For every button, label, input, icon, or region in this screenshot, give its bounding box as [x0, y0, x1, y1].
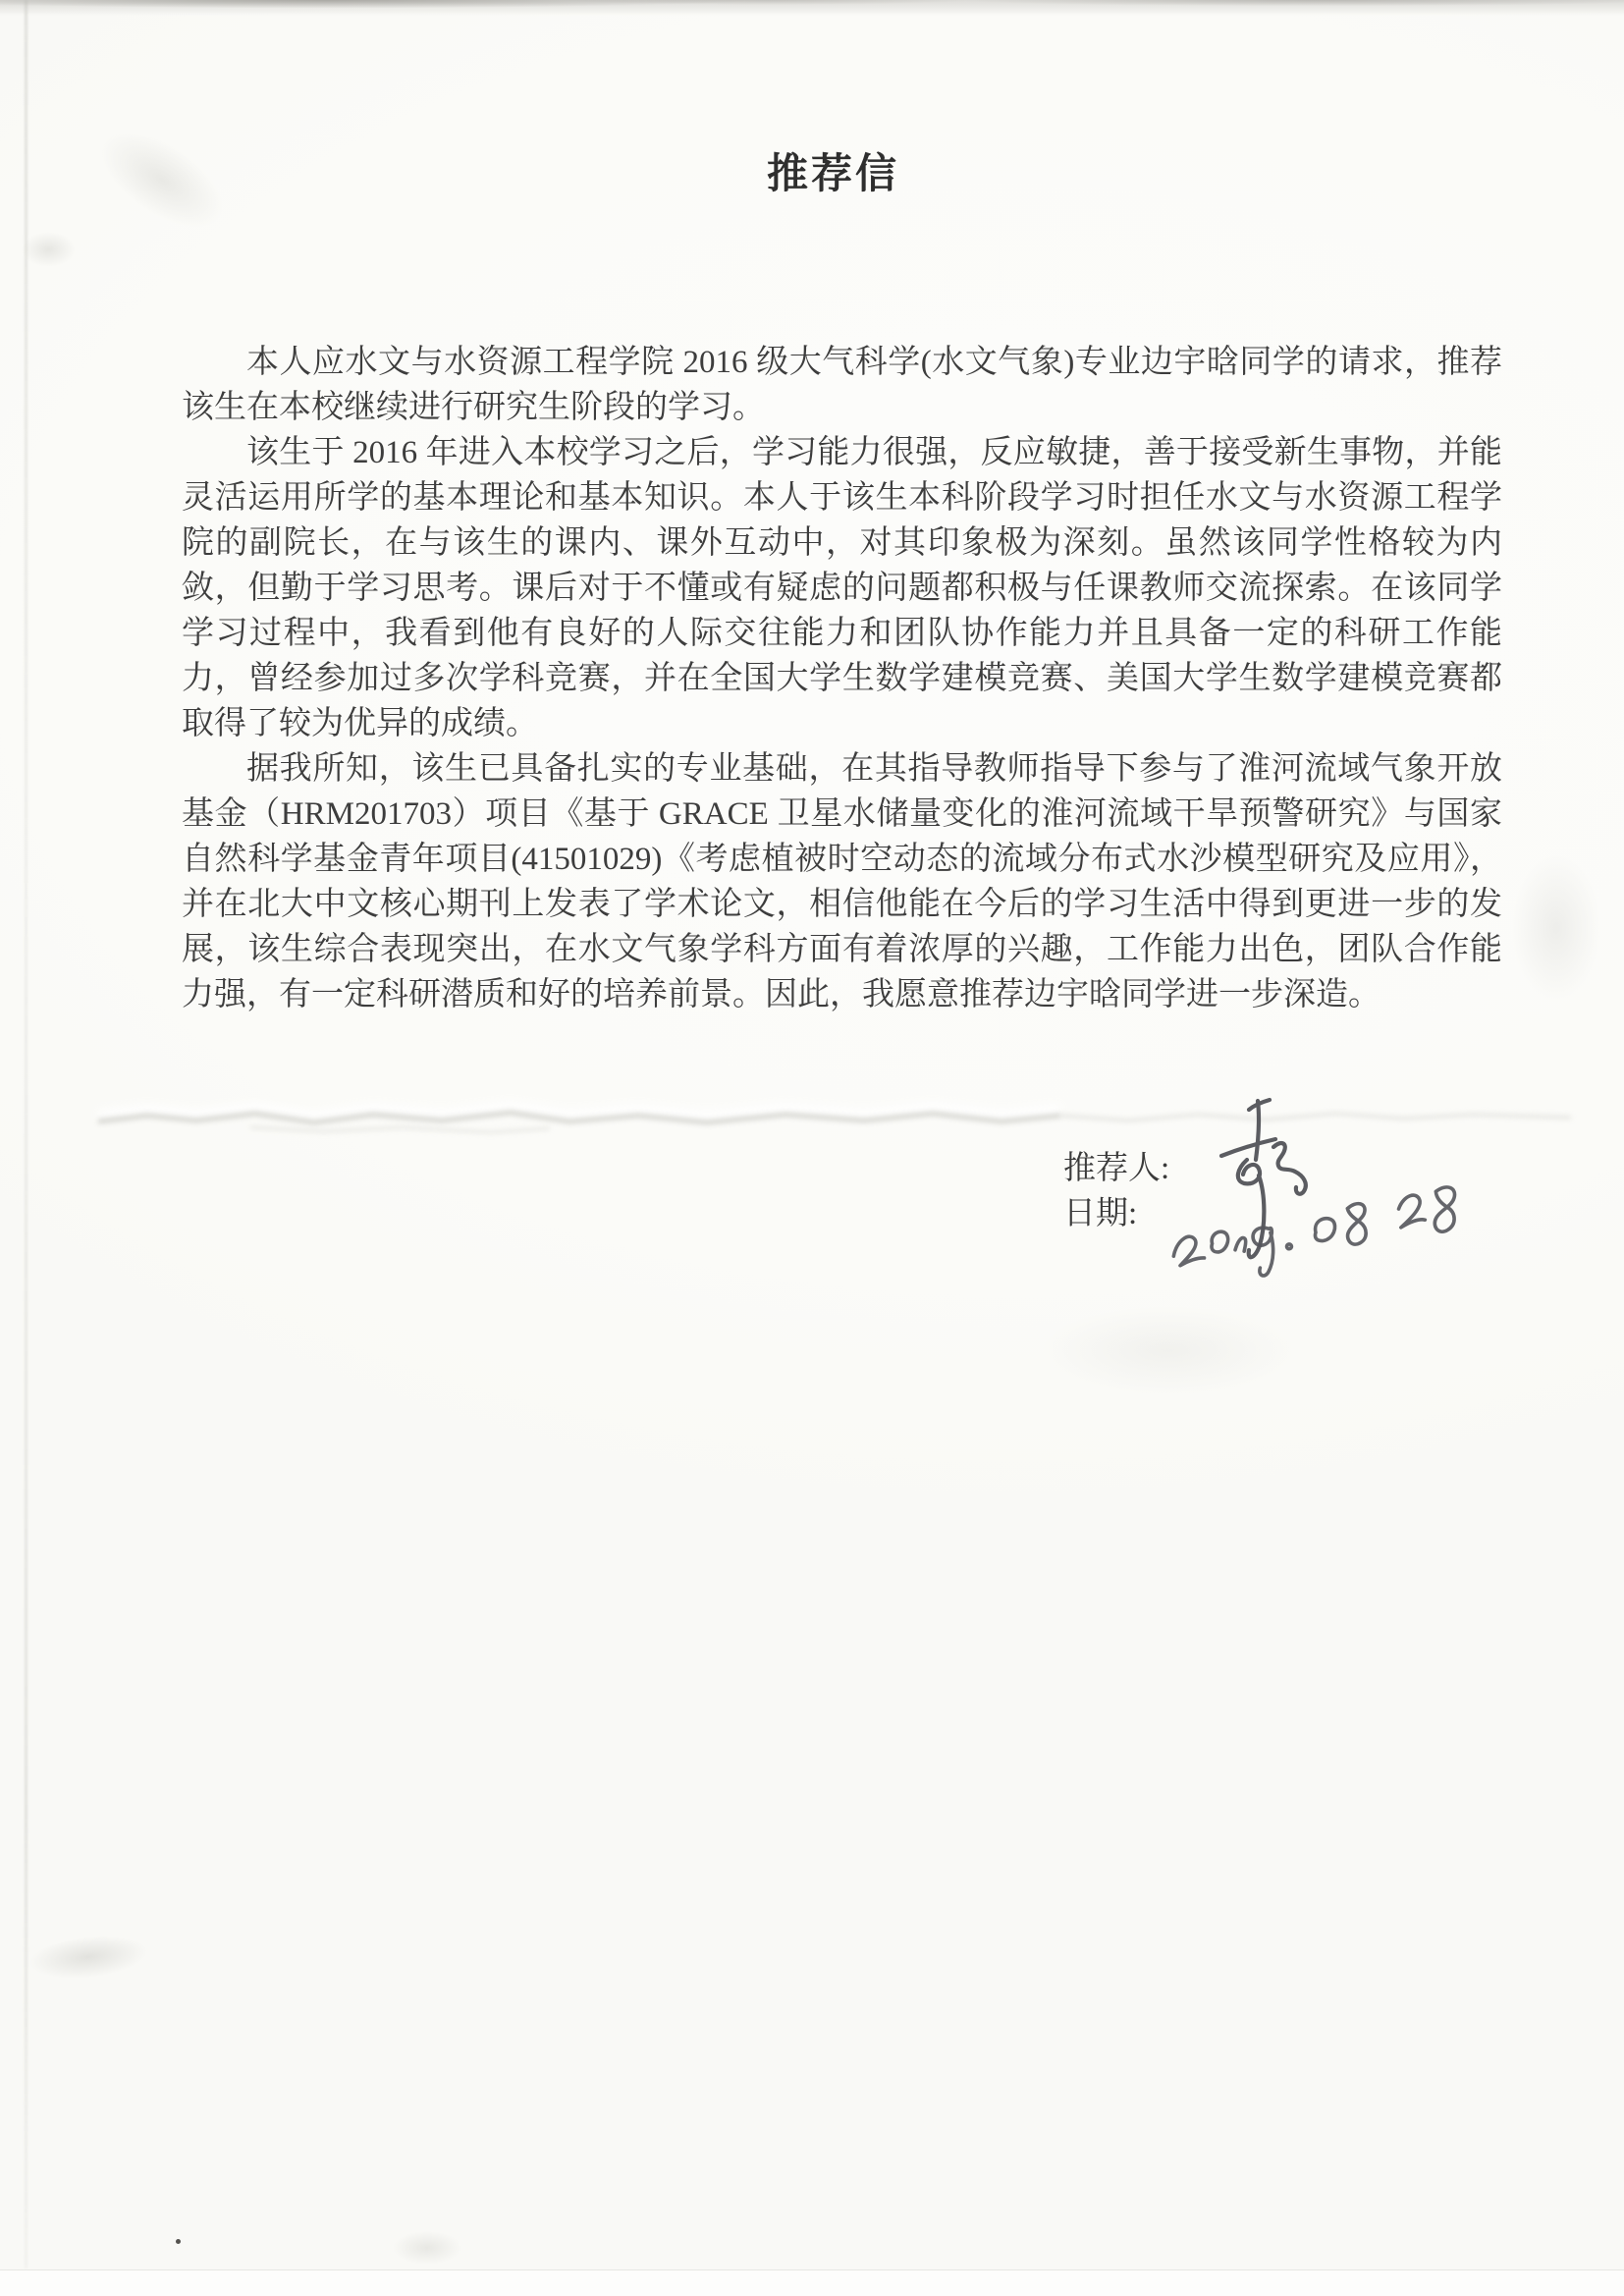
scan-smudge: [22, 232, 76, 267]
scanned-letter-page: 推荐信 本人应水文与水资源工程学院 2016 级大气科学(水文气象)专业边宇晗同…: [0, 0, 1624, 2296]
scan-smudge: [1041, 1306, 1296, 1394]
scan-smudge: [393, 2231, 461, 2265]
paragraph-evaluation: 该生于 2016 年进入本校学习之后，学习能力很强，反应敏捷，善于接受新生事物，…: [182, 430, 1502, 746]
paragraph-request: 本人应水文与水资源工程学院 2016 级大气科学(水文气象)专业边宇晗同学的请求…: [182, 340, 1502, 430]
paper-crease: [0, 1088, 1624, 1157]
scan-smudge: [85, 114, 239, 246]
scan-smudge: [27, 1931, 149, 1984]
paragraph-research: 据我所知，该生已具备扎实的专业基础，在其指导教师指导下参与了淮河流域气象开放基金…: [182, 746, 1502, 1017]
letter-title: 推荐信: [767, 141, 899, 200]
scan-bottom-edge: [0, 2269, 1624, 2296]
scan-smudge: [1512, 854, 1600, 1002]
scan-top-edge-shadow: [0, 0, 1624, 16]
handwritten-date: [1129, 1174, 1522, 1286]
date-label: 日期:: [1063, 1196, 1137, 1231]
letter-body: 本人应水文与水资源工程学院 2016 级大气科学(水文气象)专业边宇晗同学的请求…: [182, 340, 1502, 1017]
ink-speck: [176, 2239, 181, 2244]
